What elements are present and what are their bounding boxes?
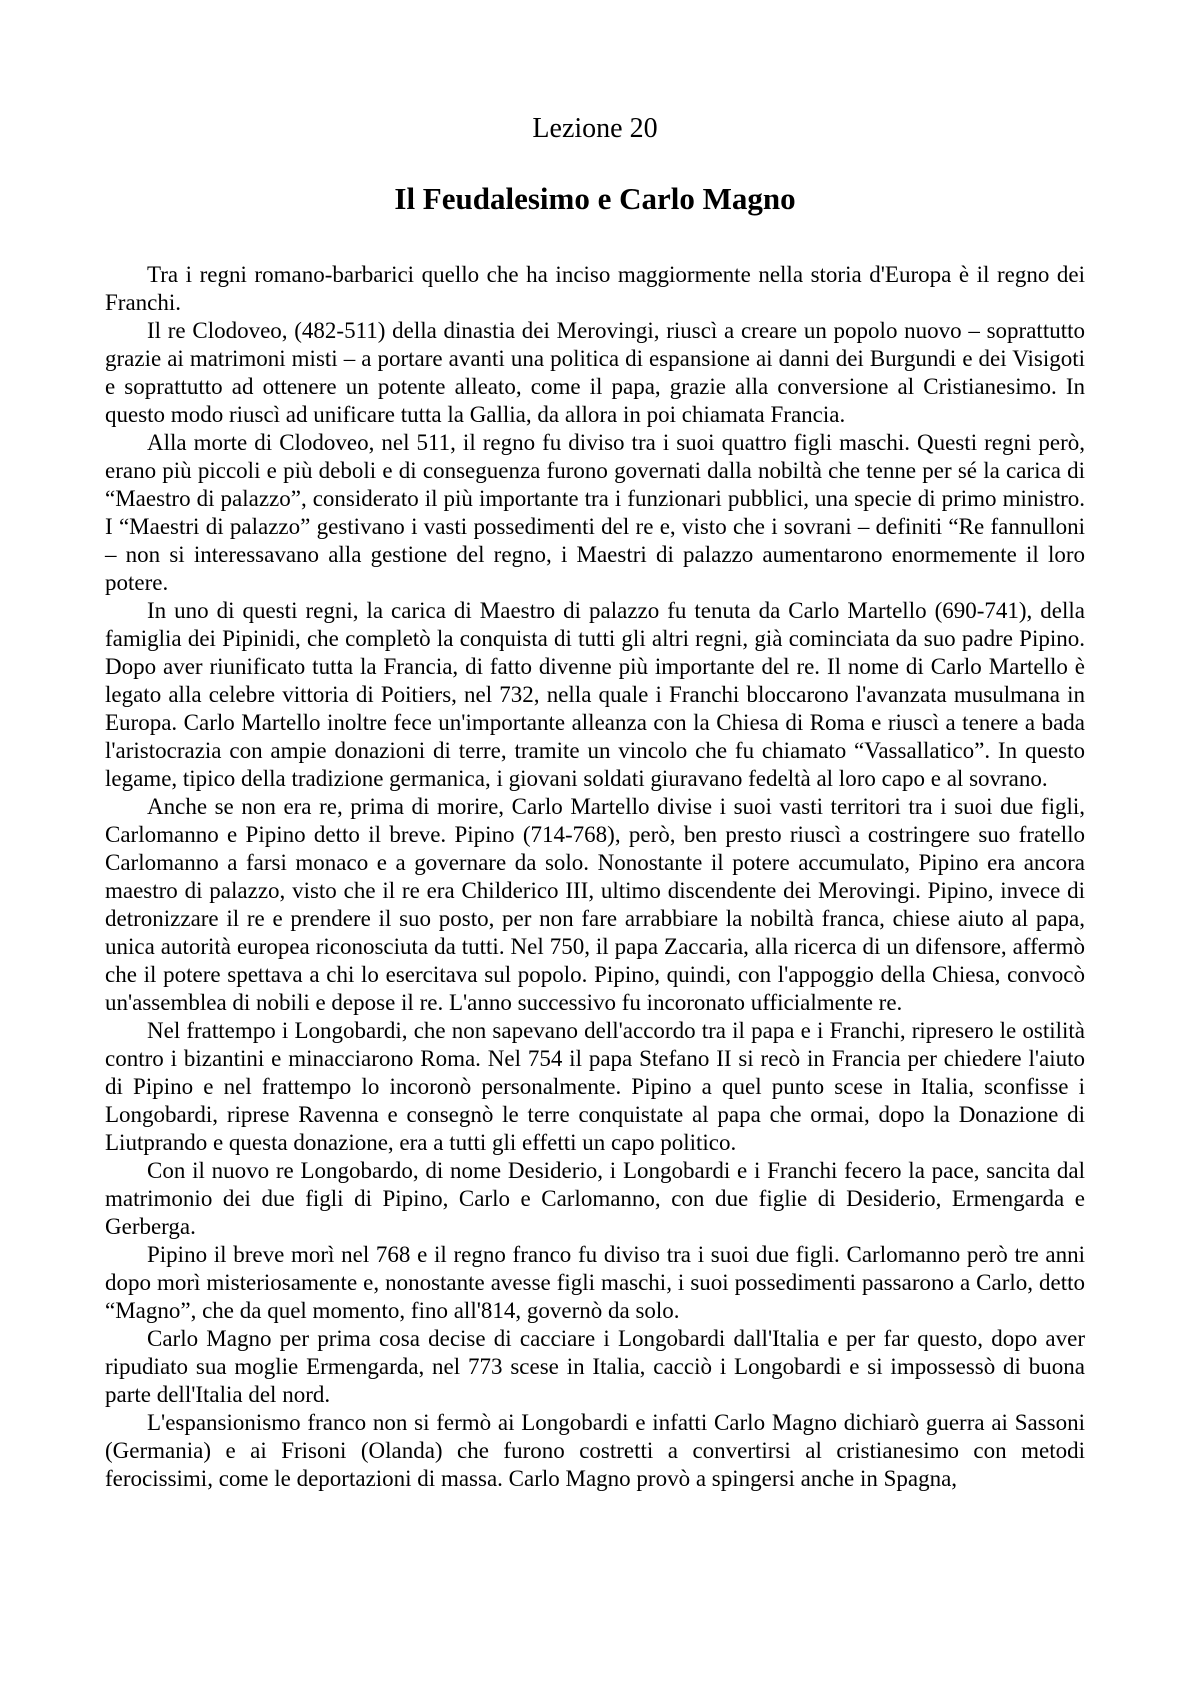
document-title: Il Feudalesimo e Carlo Magno	[105, 181, 1085, 217]
paragraph: Carlo Magno per prima cosa decise di cac…	[105, 1325, 1085, 1409]
document-body: Tra i regni romano-barbarici quello che …	[105, 261, 1085, 1493]
paragraph: Tra i regni romano-barbarici quello che …	[105, 261, 1085, 317]
paragraph: Il re Clodoveo, (482-511) della dinastia…	[105, 317, 1085, 429]
document-page: Lezione 20 Il Feudalesimo e Carlo Magno …	[0, 0, 1200, 1698]
paragraph: Con il nuovo re Longobardo, di nome Desi…	[105, 1157, 1085, 1241]
paragraph: Alla morte di Clodoveo, nel 511, il regn…	[105, 429, 1085, 597]
paragraph: Anche se non era re, prima di morire, Ca…	[105, 793, 1085, 1017]
paragraph: L'espansionismo franco non si fermò ai L…	[105, 1409, 1085, 1493]
paragraph: Pipino il breve morì nel 768 e il regno …	[105, 1241, 1085, 1325]
paragraph: Nel frattempo i Longobardi, che non sape…	[105, 1017, 1085, 1157]
lesson-number-title: Lezione 20	[105, 112, 1085, 145]
paragraph: In uno di questi regni, la carica di Mae…	[105, 597, 1085, 793]
